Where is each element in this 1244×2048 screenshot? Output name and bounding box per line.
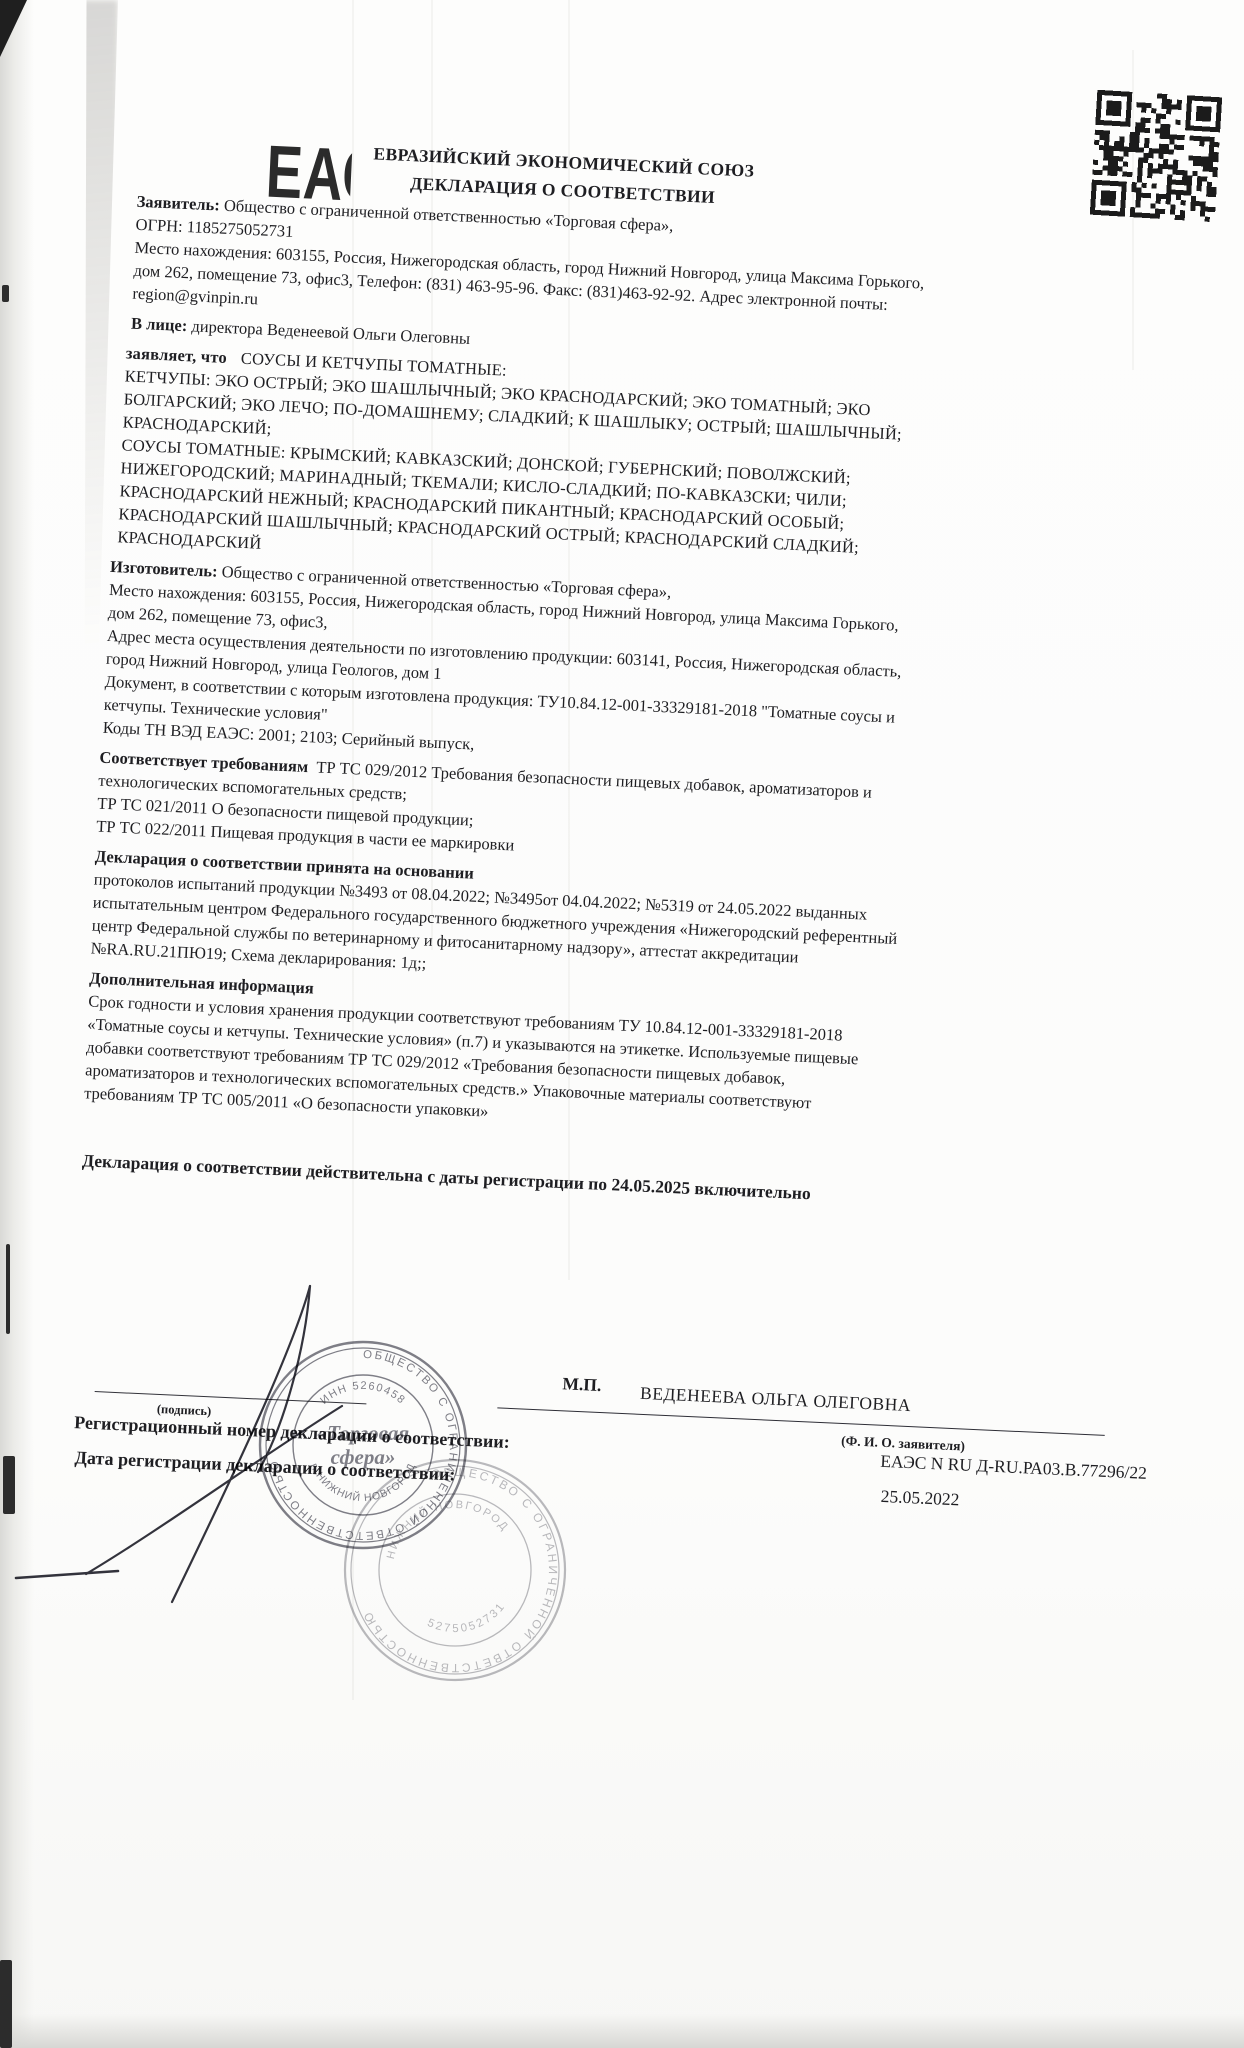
representative-text: директора Веденеевой Ольги Олеговны [191, 316, 470, 348]
applicant-label: Заявитель: [136, 192, 220, 215]
registration-number: ЕАЭС N RU Д-RU.РА03.В.77296/22 [880, 1450, 1148, 1485]
edge-mark [2, 285, 9, 302]
paper-edge-left [0, 0, 34, 2048]
eac-mark-icon: ЕАС [264, 130, 353, 218]
registration-date: 25.05.2022 [880, 1485, 960, 1512]
paper-edge-bottom [0, 2014, 1244, 2048]
manufacturer-label: Изготовитель: [110, 557, 218, 581]
qr-code-icon [1082, 82, 1230, 230]
stamp-place-label: М.П. [562, 1372, 602, 1397]
additional-info-block: Дополнительная информация Срок годности … [56, 965, 906, 1141]
document-page: ЕАС ЕВРАЗИЙСКИЙ ЭКОНОМИЧЕСКИЙ СОЮЗ ДЕКЛА… [0, 0, 1244, 2048]
manufacturer-block: Изготовитель: Общество с ограниченной от… [72, 554, 924, 776]
validity-line: Декларация о соответствии действительна … [82, 1149, 812, 1205]
declaration-block: заявляет, чтоСОУСЫ И КЕТЧУПЫ ТОМАТНЫЕ: К… [81, 340, 935, 585]
signature-strokes [0, 1220, 500, 1640]
declarant-name: ВЕДЕНЕЕВА ОЛЬГА ОЛЕГОВНА [640, 1382, 912, 1417]
edge-mark [0, 1960, 12, 2048]
declares-label: заявляет, что [125, 343, 227, 367]
representative-label: В лице: [131, 314, 188, 336]
